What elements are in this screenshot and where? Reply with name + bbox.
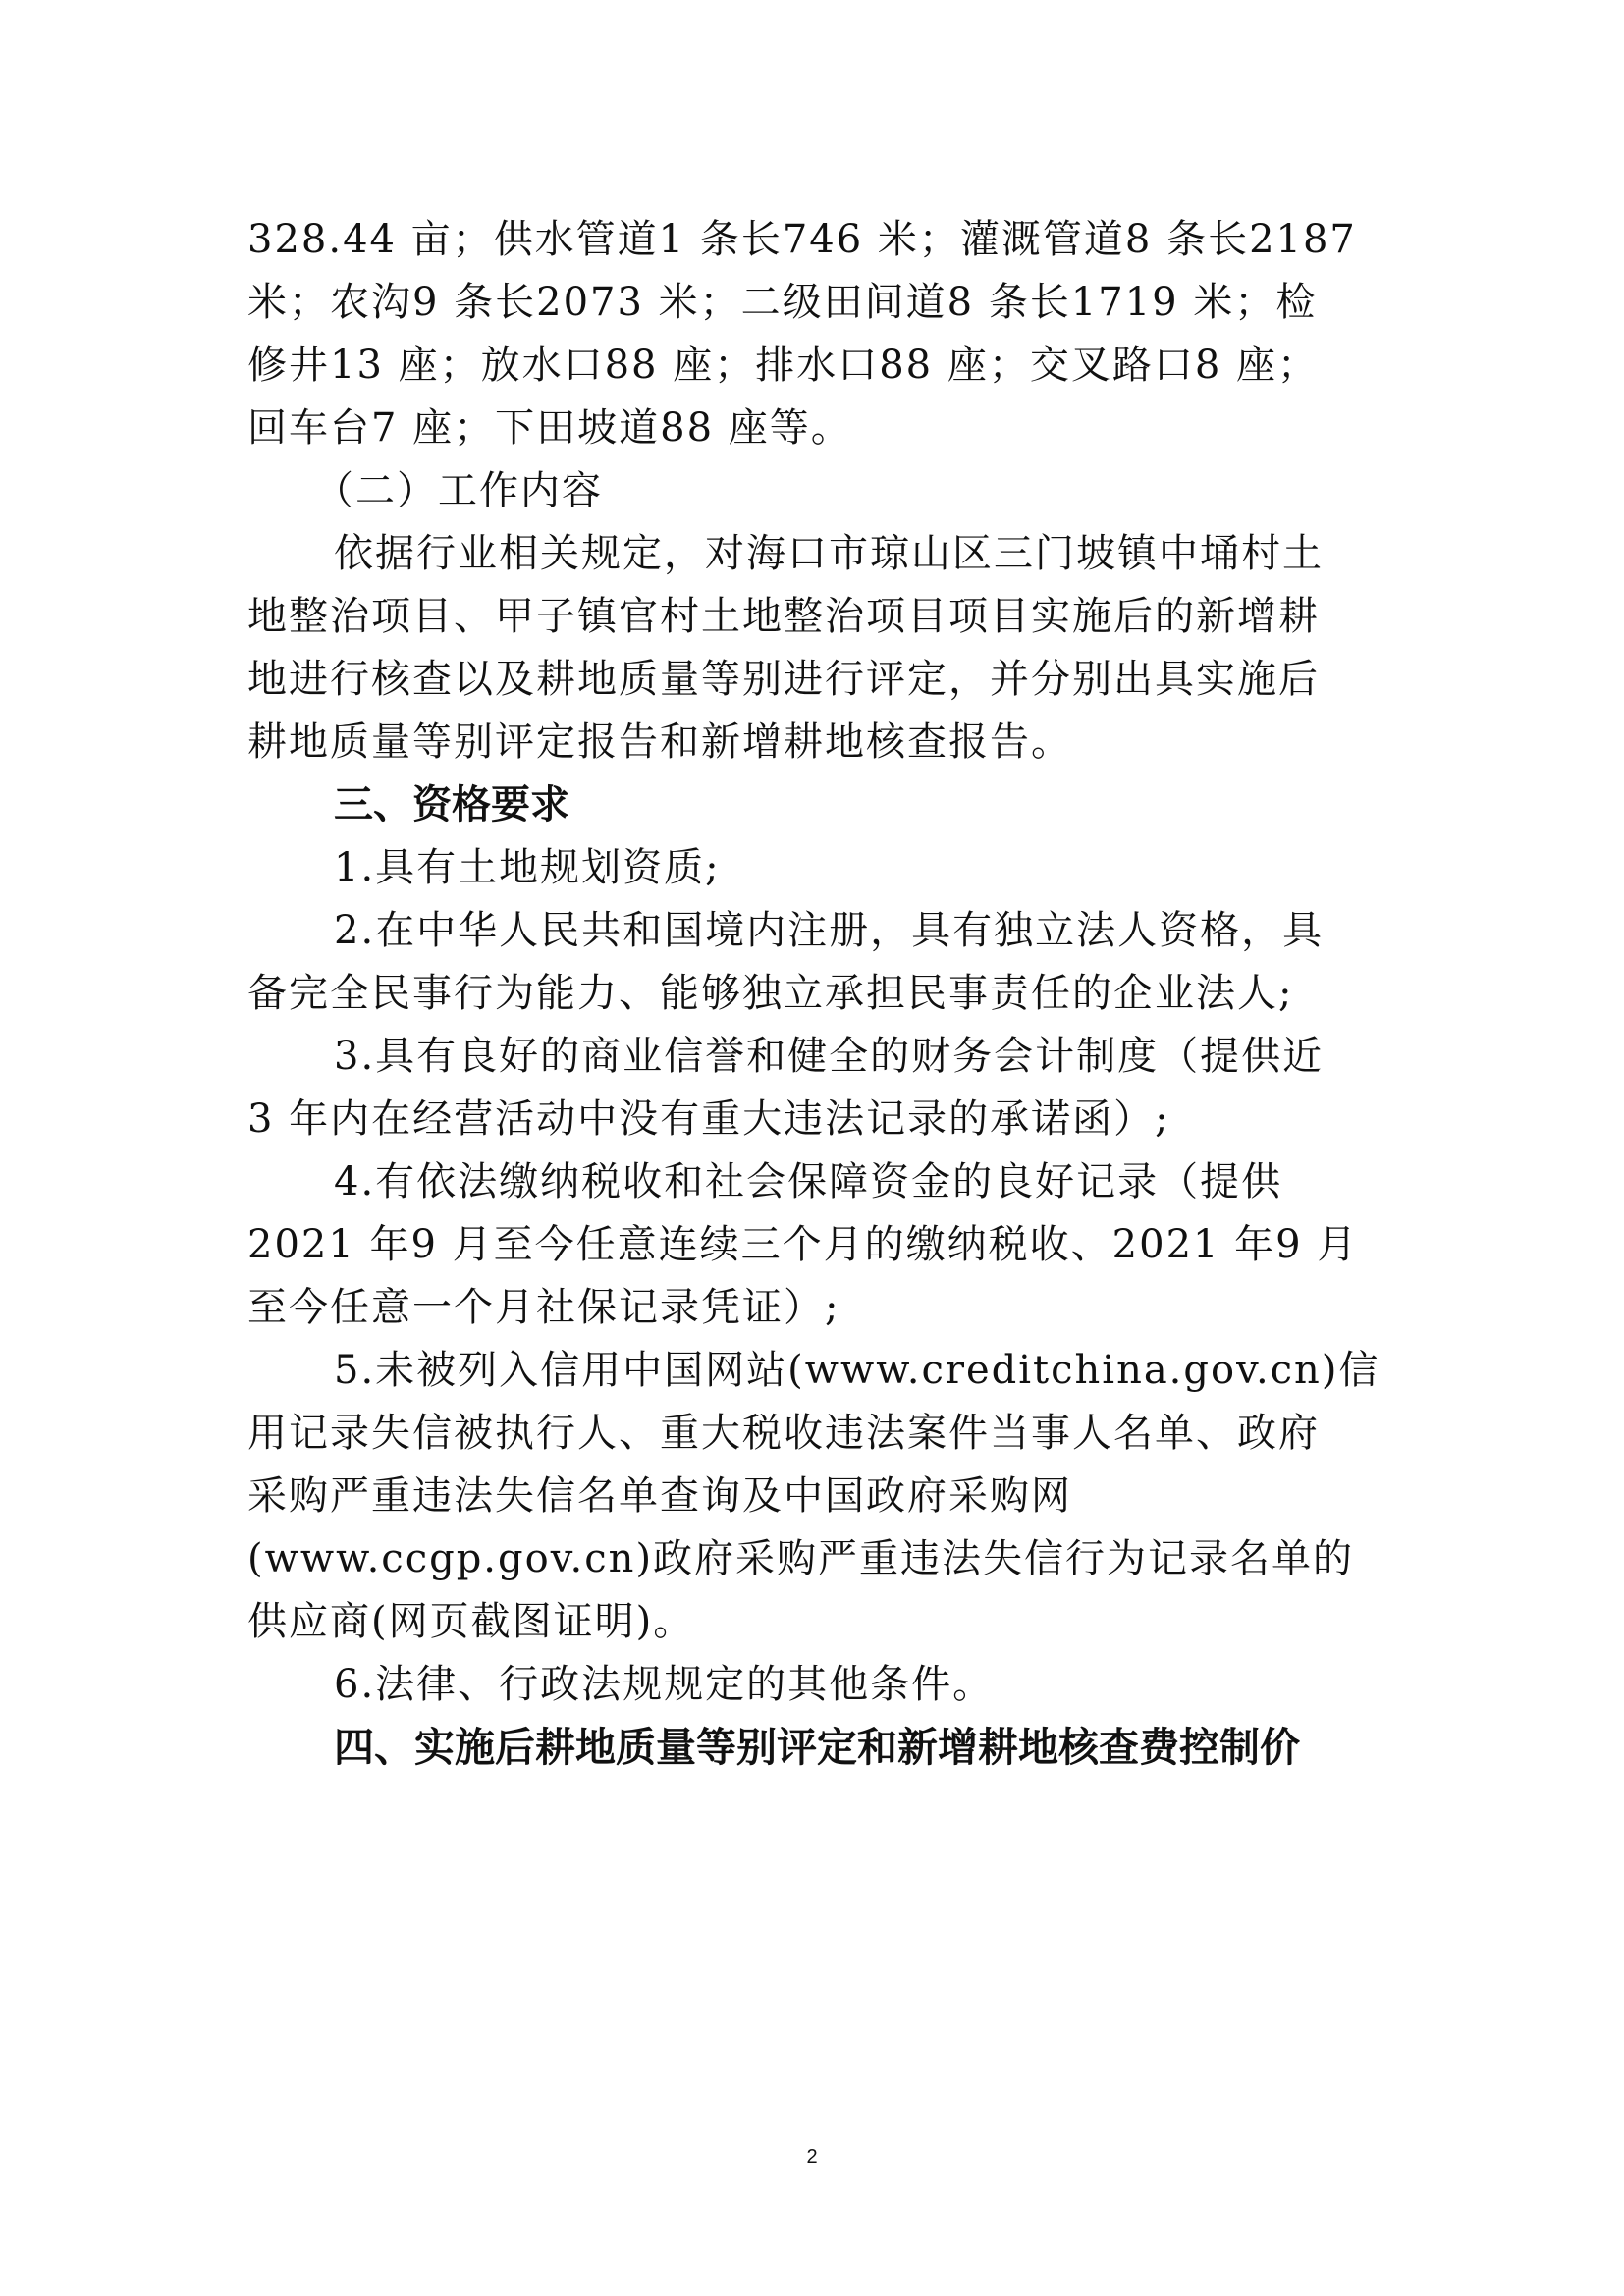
requirement-item-5: 5.未被列入信用中国网站(www.creditchina.gov.cn)信 [247,1339,1379,1402]
text-line: 至今任意一个月社保记录凭证）; [247,1276,1379,1339]
requirement-item-6: 6.法律、行政法规规定的其他条件。 [247,1653,1379,1716]
text-line: 供应商(网页截图证明)。 [247,1590,1379,1653]
text-line: (www.ccgp.gov.cn)政府采购严重违法失信行为记录名单的 [247,1527,1379,1590]
text-line: 依据行业相关规定，对海口市琼山区三门坡镇中埇村土 [247,522,1379,585]
text-line: 修井13 座；放水口88 座；排水口88 座；交叉路口8 座； [247,334,1379,397]
text-line: 耕地质量等别评定报告和新增耕地核查报告。 [247,711,1379,774]
requirement-item-2: 2.在中华人民共和国境内注册，具有独立法人资格，具 [247,899,1379,962]
subheading-work-content: （二）工作内容 [247,459,1379,522]
text-line: 备完全民事行为能力、能够独立承担民事责任的企业法人; [247,962,1379,1025]
text-line: 用记录失信被执行人、重大税收违法案件当事人名单、政府 [247,1402,1379,1465]
requirement-item-3: 3.具有良好的商业信誉和健全的财务会计制度（提供近 [247,1025,1379,1088]
text-line: 328.44 亩；供水管道1 条长746 米；灌溉管道8 条长2187 [247,208,1379,271]
text-line: 采购严重违法失信名单查询及中国政府采购网 [247,1465,1379,1527]
requirement-item-1: 1.具有土地规划资质; [247,836,1379,899]
document-body: 328.44 亩；供水管道1 条长746 米；灌溉管道8 条长2187 米；农沟… [247,208,1379,1779]
section-heading-qualifications: 三、资格要求 [247,774,1379,836]
text-line: 3 年内在经营活动中没有重大违法记录的承诺函）; [247,1088,1379,1150]
requirement-item-4: 4.有依法缴纳税收和社会保障资金的良好记录（提供 [247,1150,1379,1213]
page-number: 2 [0,2146,1624,2168]
text-line: 回车台7 座；下田坡道88 座等。 [247,397,1379,459]
text-line: 地进行核查以及耕地质量等别进行评定，并分别出具实施后 [247,648,1379,711]
section-heading-control-price: 四、实施后耕地质量等别评定和新增耕地核查费控制价 [247,1716,1379,1779]
text-line: 米；农沟9 条长2073 米；二级田间道8 条长1719 米；检 [247,271,1379,334]
text-line: 地整治项目、甲子镇官村土地整治项目项目实施后的新增耕 [247,585,1379,648]
text-line: 2021 年9 月至今任意连续三个月的缴纳税收、2021 年9 月 [247,1213,1379,1276]
